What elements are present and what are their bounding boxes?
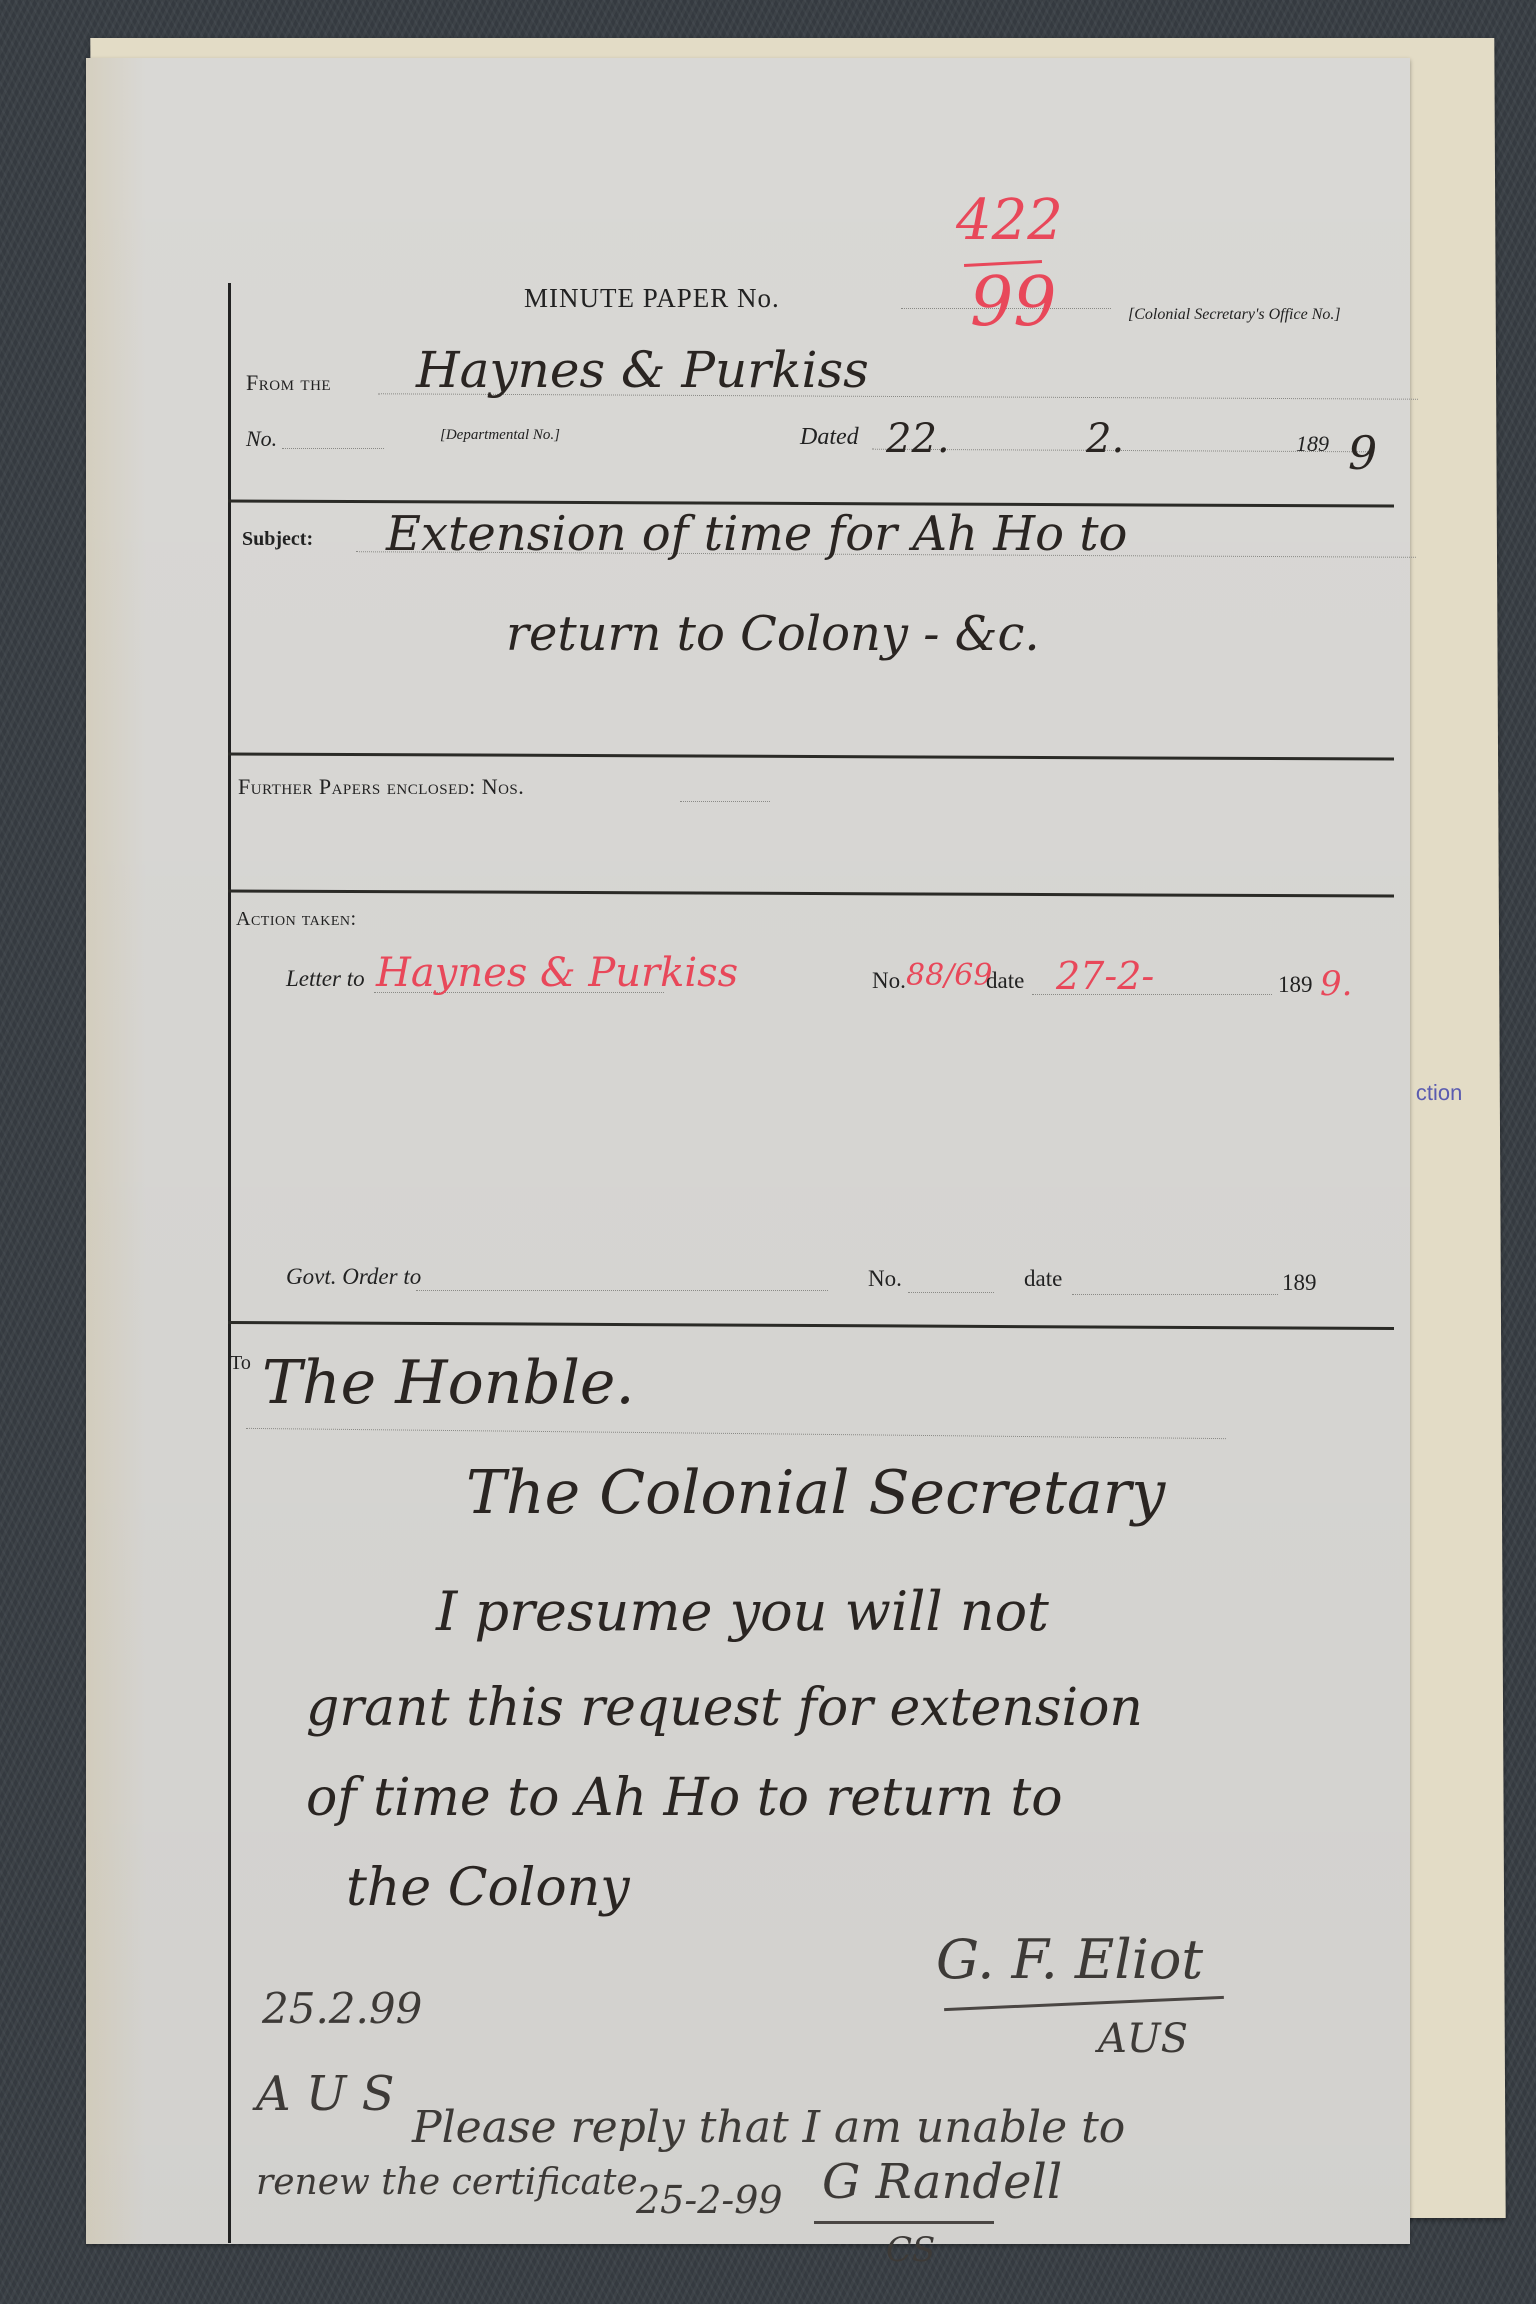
signature-eliot: G. F. Eliot bbox=[936, 1928, 1203, 1991]
dept-no-label: No. bbox=[246, 426, 277, 452]
signature-randell-title: CS bbox=[886, 2230, 935, 2270]
minute-body-line3: of time to Ah Ho to return to bbox=[306, 1768, 1063, 1828]
action-taken-label: Action taken: bbox=[236, 908, 357, 931]
dated-label: Dated bbox=[800, 424, 859, 451]
minute-body-line4: the Colony bbox=[346, 1858, 630, 1918]
addressee-line1: The Honble. bbox=[262, 1348, 635, 1418]
rule-after-further-papers bbox=[228, 889, 1394, 897]
rule-after-action bbox=[228, 1321, 1394, 1330]
govt-order-line bbox=[416, 1290, 828, 1291]
left-margin-rule bbox=[228, 283, 231, 2243]
minute-paper: MINUTE PAPER No. 422 99 [Colonial Secret… bbox=[86, 58, 1410, 2244]
letter-year-suffix: 9. bbox=[1320, 964, 1352, 1004]
dept-no-line bbox=[282, 448, 384, 449]
minute-no-top: 422 bbox=[956, 188, 1063, 253]
minute-date-1: 25.2.99 bbox=[262, 1984, 422, 2033]
letter-to-label: Letter to bbox=[286, 966, 365, 992]
reply-line2: renew the certificate bbox=[256, 2162, 638, 2203]
departmental-label: [Departmental No.] bbox=[440, 427, 560, 444]
govt-no-label: No. bbox=[868, 1266, 902, 1292]
govt-year-prefix: 189 bbox=[1282, 1270, 1317, 1296]
subject-line1: Extension of time for Ah Ho to bbox=[386, 506, 1127, 562]
subject-label: Subject: bbox=[242, 528, 313, 551]
to-line bbox=[246, 1428, 1226, 1439]
form-title: MINUTE PAPER No. bbox=[524, 283, 780, 314]
signature-randell: G Randell bbox=[822, 2154, 1062, 2210]
minute-body-line1: I presume you will not bbox=[436, 1580, 1049, 1643]
rule-after-subject bbox=[228, 752, 1394, 760]
signature-eliot-underline bbox=[944, 1996, 1224, 2011]
office-no-label: [Colonial Secretary's Office No.] bbox=[1128, 306, 1341, 324]
signature-eliot-title: AUS bbox=[1098, 2016, 1188, 2062]
back-sheet-margin-note: ction bbox=[1416, 1080, 1463, 1106]
govt-date-label: date bbox=[1024, 1266, 1062, 1292]
reply-line1: Please reply that I am unable to bbox=[412, 2102, 1125, 2153]
subject-line2: return to Colony - &c. bbox=[506, 606, 1040, 662]
letter-year-prefix: 189 bbox=[1278, 972, 1313, 998]
letter-to-value: Haynes & Purkiss bbox=[376, 950, 738, 996]
addressee-line2: The Colonial Secretary bbox=[466, 1458, 1165, 1528]
further-papers-line bbox=[680, 801, 770, 802]
to-label: To bbox=[230, 1352, 251, 1375]
reply-addressee: A U S bbox=[256, 2066, 395, 2122]
further-papers-label: Further Papers enclosed: Nos. bbox=[238, 774, 524, 800]
letter-date-label: date bbox=[986, 968, 1024, 994]
from-label: From the bbox=[246, 370, 331, 396]
signature-randell-underline bbox=[814, 2221, 994, 2224]
dated-year-suffix: 9 bbox=[1348, 426, 1377, 480]
govt-order-label: Govt. Order to bbox=[286, 1264, 421, 1290]
dated-day: 22. bbox=[886, 416, 950, 462]
dated-year-prefix: 189 bbox=[1296, 431, 1329, 457]
govt-date-line bbox=[1072, 1294, 1278, 1295]
letter-date-value: 27-2- bbox=[1056, 954, 1154, 998]
minute-no-bottom: 99 bbox=[970, 263, 1057, 342]
minute-date-2: 25-2-99 bbox=[636, 2178, 783, 2222]
letter-no-value: 88/69 bbox=[906, 958, 992, 993]
minute-body-line2: grant this request for extension bbox=[306, 1678, 1143, 1738]
dated-month: 2. bbox=[1086, 416, 1124, 462]
govt-no-line bbox=[908, 1292, 994, 1293]
letter-no-label: No. bbox=[872, 968, 906, 994]
from-value: Haynes & Purkiss bbox=[416, 341, 869, 399]
